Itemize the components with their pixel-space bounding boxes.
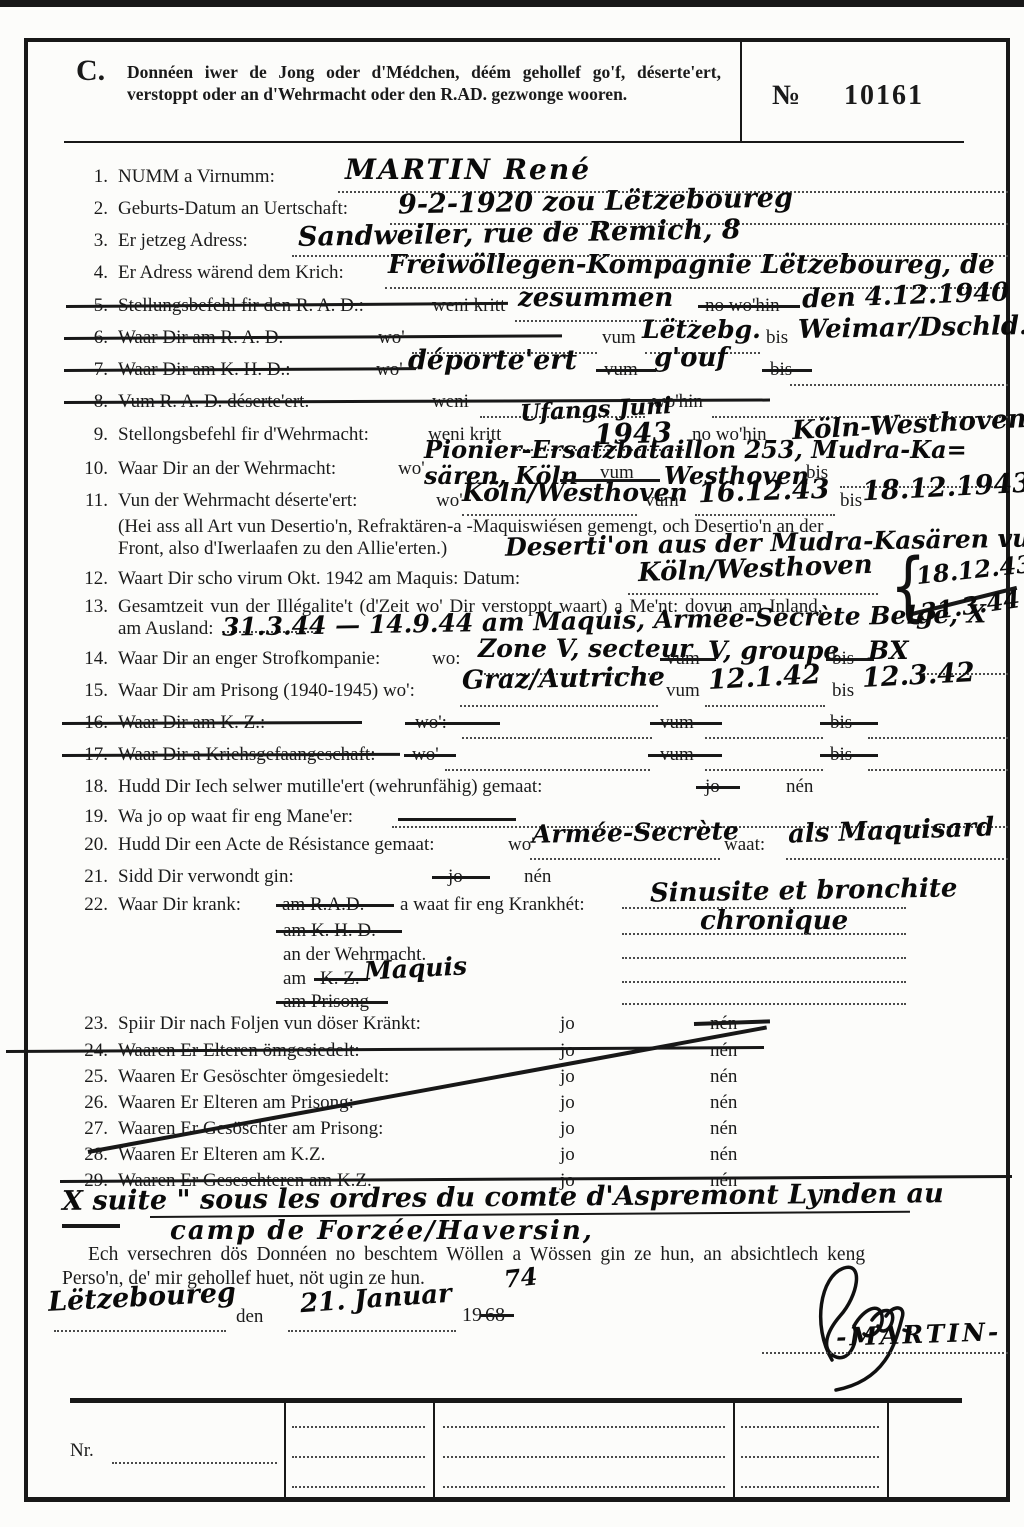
q11-label2: wo' bbox=[436, 490, 463, 512]
q12-num: 12. bbox=[72, 568, 108, 590]
strike-line bbox=[432, 876, 490, 879]
q25-num: 25. bbox=[72, 1066, 108, 1088]
strike-line bbox=[404, 754, 456, 757]
signature-year-prefix: 19 bbox=[462, 1304, 482, 1327]
q5-answer2: den 4.12.1940 bbox=[802, 279, 1010, 312]
frame-top-border bbox=[24, 38, 1010, 42]
table-dotted-cell bbox=[292, 1426, 425, 1428]
table-top-border bbox=[70, 1398, 962, 1403]
q15-label2: vum bbox=[666, 680, 700, 702]
q20-label: Hudd Dir een Acte de Résistance gemaat: bbox=[118, 834, 435, 856]
q22-num: 22. bbox=[72, 894, 108, 916]
q7-answer1: déporte'ert bbox=[408, 347, 577, 374]
strike-line bbox=[276, 930, 402, 933]
q11-num: 11. bbox=[72, 490, 108, 512]
strike-line bbox=[480, 1314, 514, 1317]
table-divider bbox=[284, 1403, 286, 1497]
strike-line bbox=[62, 721, 362, 725]
q22-label: Waar Dir krank: bbox=[118, 894, 241, 916]
signature-year-corrected: 74 bbox=[503, 1264, 539, 1291]
q23-num: 23. bbox=[72, 1013, 108, 1035]
q23-jo: jo bbox=[560, 1013, 575, 1035]
table-dotted-cell bbox=[443, 1426, 725, 1428]
q18-label: Hudd Dir Iech selwer mutille'ert (wehrun… bbox=[118, 776, 542, 798]
dotted-rule bbox=[705, 769, 823, 771]
strike-line bbox=[276, 904, 394, 907]
q11-answer3: 18.12.1943 bbox=[861, 470, 1024, 506]
q23-label: Spiir Dir nach Foljen vun döser Kränkt: bbox=[118, 1013, 421, 1035]
dotted-rule bbox=[786, 858, 1008, 860]
q6-label3: vum bbox=[602, 327, 636, 349]
strike-line bbox=[820, 754, 878, 757]
q28-label: Waaren Er Elteren am K.Z. bbox=[118, 1144, 325, 1166]
q18-num: 18. bbox=[72, 776, 108, 798]
document-page: C. Donnéen iwer de Jong oder d'Médchen, … bbox=[0, 0, 1024, 1527]
table-dotted-cell bbox=[292, 1456, 425, 1458]
q15-label: Waar Dir am Prisong (1940-1945) wo': bbox=[118, 680, 415, 702]
dotted-rule bbox=[622, 933, 906, 935]
q14-label: Waar Dir an enger Strofkompanie: bbox=[118, 648, 380, 670]
header-bottom-rule bbox=[64, 141, 964, 143]
strike-line bbox=[650, 722, 722, 725]
q11-note2: Front, also d'Iwerlaafen zu den Allie'er… bbox=[118, 538, 447, 560]
scan-artifact-top-bar bbox=[0, 0, 1024, 7]
q25-jo: jo bbox=[560, 1066, 575, 1088]
q7-answer2: g'ouf bbox=[654, 345, 728, 371]
q26-nen: nén bbox=[710, 1092, 737, 1114]
document-number-value: 10161 bbox=[844, 80, 924, 112]
strike-line bbox=[696, 786, 740, 789]
q4-label: Er Adress wärend dem Krich: bbox=[118, 262, 344, 284]
q19-label: Wa jo op waat fir eng Mane'er: bbox=[118, 806, 353, 828]
dotted-rule bbox=[762, 1352, 1008, 1354]
q10-num: 10. bbox=[72, 458, 108, 480]
strike-line bbox=[826, 658, 874, 661]
q11-label3: vum bbox=[645, 490, 679, 512]
q6-label4: bis bbox=[766, 327, 788, 349]
strike-line bbox=[648, 754, 722, 757]
q25-label: Waaren Er Gesöschter ömgesiedelt: bbox=[118, 1066, 389, 1088]
q22-am: am bbox=[283, 968, 306, 990]
q12-answer: Köln/Westhoven bbox=[638, 552, 873, 586]
strike-line bbox=[698, 305, 800, 308]
q15-answer3: 12.3.42 bbox=[861, 659, 975, 692]
q2-num: 2. bbox=[72, 198, 108, 220]
dotted-rule bbox=[54, 1330, 226, 1332]
strike-line bbox=[276, 1001, 388, 1004]
q14-label2: wo: bbox=[432, 648, 461, 670]
q6-answer2: Weimar/Dschld. bbox=[798, 313, 1024, 343]
q4-num: 4. bbox=[72, 262, 108, 284]
table-divider bbox=[887, 1403, 889, 1497]
q10-label: Waar Dir an der Wehrmacht: bbox=[118, 458, 336, 480]
table-dotted-cell bbox=[741, 1456, 879, 1458]
frame-left-border bbox=[24, 38, 28, 1502]
declaration-line1: Ech versechren dös Donnéen no beschtem W… bbox=[88, 1244, 865, 1266]
signature-den-label: den bbox=[236, 1306, 263, 1328]
q9-num: 9. bbox=[72, 424, 108, 446]
q24-nen: nén bbox=[710, 1040, 737, 1062]
dotted-rule bbox=[622, 957, 906, 959]
q22-answer3: Maquis bbox=[363, 953, 467, 983]
dotted-rule bbox=[530, 858, 720, 860]
q19-num: 19. bbox=[72, 806, 108, 828]
note-line1: X suite " sous les ordres du comte d'Asp… bbox=[62, 1180, 944, 1215]
strike-line bbox=[820, 722, 878, 725]
table-dotted-cell bbox=[292, 1486, 425, 1488]
document-number-symbol: № bbox=[772, 80, 802, 112]
dotted-rule bbox=[622, 981, 906, 983]
dotted-rule bbox=[868, 737, 1008, 739]
q10-label2: wo' bbox=[398, 458, 425, 480]
strike-line bbox=[398, 818, 516, 821]
q27-nen: nén bbox=[710, 1118, 737, 1140]
q11-label: Vun der Wehrmacht déserte'ert: bbox=[118, 490, 357, 512]
dotted-rule bbox=[460, 705, 658, 707]
q4-answer: Freiwöllegen-Kompagnie Lëtzeboureg, de bbox=[388, 252, 995, 278]
q22-answer1: Sinusite et bronchite bbox=[650, 875, 958, 906]
q15-label3: bis bbox=[832, 680, 854, 702]
dotted-rule bbox=[868, 769, 1008, 771]
q12-label: Waart Dir scho virum Okt. 1942 am Maquis… bbox=[118, 568, 520, 590]
q1-label: NUMM a Virnumm: bbox=[118, 166, 275, 188]
signature-place: Lëtzeboureg bbox=[47, 1279, 236, 1316]
header-text: Donnéen iwer de Jong oder d'Médchen, déé… bbox=[127, 62, 721, 105]
q22-label2: a waat fir eng Krankhét: bbox=[400, 894, 585, 916]
strike-line bbox=[405, 722, 500, 725]
strike-line bbox=[762, 369, 812, 372]
signature-name: -MARTIN- bbox=[836, 1319, 1002, 1350]
q22-answer2: chronique bbox=[700, 908, 848, 934]
q3-num: 3. bbox=[72, 230, 108, 252]
dotted-rule bbox=[790, 384, 1008, 386]
table-divider bbox=[433, 1403, 435, 1497]
q3-answer: Sandweiler, rue de Remich, 8 bbox=[298, 216, 741, 251]
dotted-rule bbox=[445, 769, 650, 771]
q1-answer: MARTIN René bbox=[345, 156, 591, 184]
frame-bottom-border bbox=[24, 1497, 1010, 1502]
q25-nen: nén bbox=[710, 1066, 737, 1088]
q18-nen: nén bbox=[786, 776, 813, 798]
dotted-rule bbox=[622, 1003, 906, 1005]
q15-answer1: Graz/Autriche bbox=[462, 664, 665, 694]
table-dotted-cell bbox=[741, 1486, 879, 1488]
q11-label4: bis bbox=[840, 490, 862, 512]
table-dotted-cell bbox=[443, 1456, 725, 1458]
q6-answer1: Lëtzebg. bbox=[642, 317, 761, 342]
q9-label: Stellongsbefehl fir d'Wehrmacht: bbox=[118, 424, 369, 446]
note-line2: camp de Forzée/Haversin, bbox=[170, 1218, 594, 1244]
dotted-rule bbox=[112, 1462, 277, 1464]
q2-label: Geburts-Datum an Uertschaft: bbox=[118, 198, 348, 220]
q24-jo: jo bbox=[560, 1040, 575, 1062]
q13-num: 13. bbox=[72, 596, 108, 618]
note-dash bbox=[62, 1224, 120, 1228]
q20-answer2: als Maquisard bbox=[788, 814, 995, 847]
q5-label2: weni kritt bbox=[432, 295, 505, 317]
table-divider bbox=[733, 1403, 735, 1497]
header-divider bbox=[740, 42, 742, 142]
dotted-rule bbox=[705, 705, 825, 707]
q20-label3: waat: bbox=[724, 834, 765, 856]
section-letter: C. bbox=[76, 54, 105, 88]
q11-answer2: 16.12.43 bbox=[698, 476, 830, 508]
q14-answer3: BX bbox=[868, 638, 909, 663]
q5-answer1: zesummen bbox=[518, 285, 673, 311]
table-dotted-cell bbox=[443, 1486, 725, 1488]
q1-num: 1. bbox=[72, 166, 108, 188]
q3-label: Er jetzeg Adress: bbox=[118, 230, 248, 252]
q27-num: 27. bbox=[72, 1118, 108, 1140]
q21-nen: nén bbox=[524, 866, 551, 888]
q14-num: 14. bbox=[72, 648, 108, 670]
q21-num: 21. bbox=[72, 866, 108, 888]
q20-num: 20. bbox=[72, 834, 108, 856]
dotted-rule bbox=[705, 737, 823, 739]
q20-answer1: Armée-Secrète bbox=[532, 818, 739, 847]
dotted-rule bbox=[462, 737, 652, 739]
q21-label: Sidd Dir verwondt gin: bbox=[118, 866, 294, 888]
dotted-rule bbox=[288, 1330, 456, 1332]
q28-nen: nén bbox=[710, 1144, 737, 1166]
q13-label2: am Ausland: bbox=[118, 618, 214, 640]
q26-jo: jo bbox=[560, 1092, 575, 1114]
table-dotted-cell bbox=[741, 1426, 879, 1428]
q26-num: 26. bbox=[72, 1092, 108, 1114]
q27-jo: jo bbox=[560, 1118, 575, 1140]
dotted-rule bbox=[628, 593, 878, 595]
strike-line bbox=[596, 369, 656, 372]
q15-num: 15. bbox=[72, 680, 108, 702]
q28-jo: jo bbox=[560, 1144, 575, 1166]
nr-label: Nr. bbox=[70, 1440, 94, 1462]
q10-answer1: Pionier-Ersatzbataillon 253, Mudra-Ka= bbox=[424, 438, 967, 462]
strike-line bbox=[314, 978, 368, 981]
q20-label2: wo' bbox=[508, 834, 535, 856]
q15-answer2: 12.1.42 bbox=[707, 661, 821, 694]
